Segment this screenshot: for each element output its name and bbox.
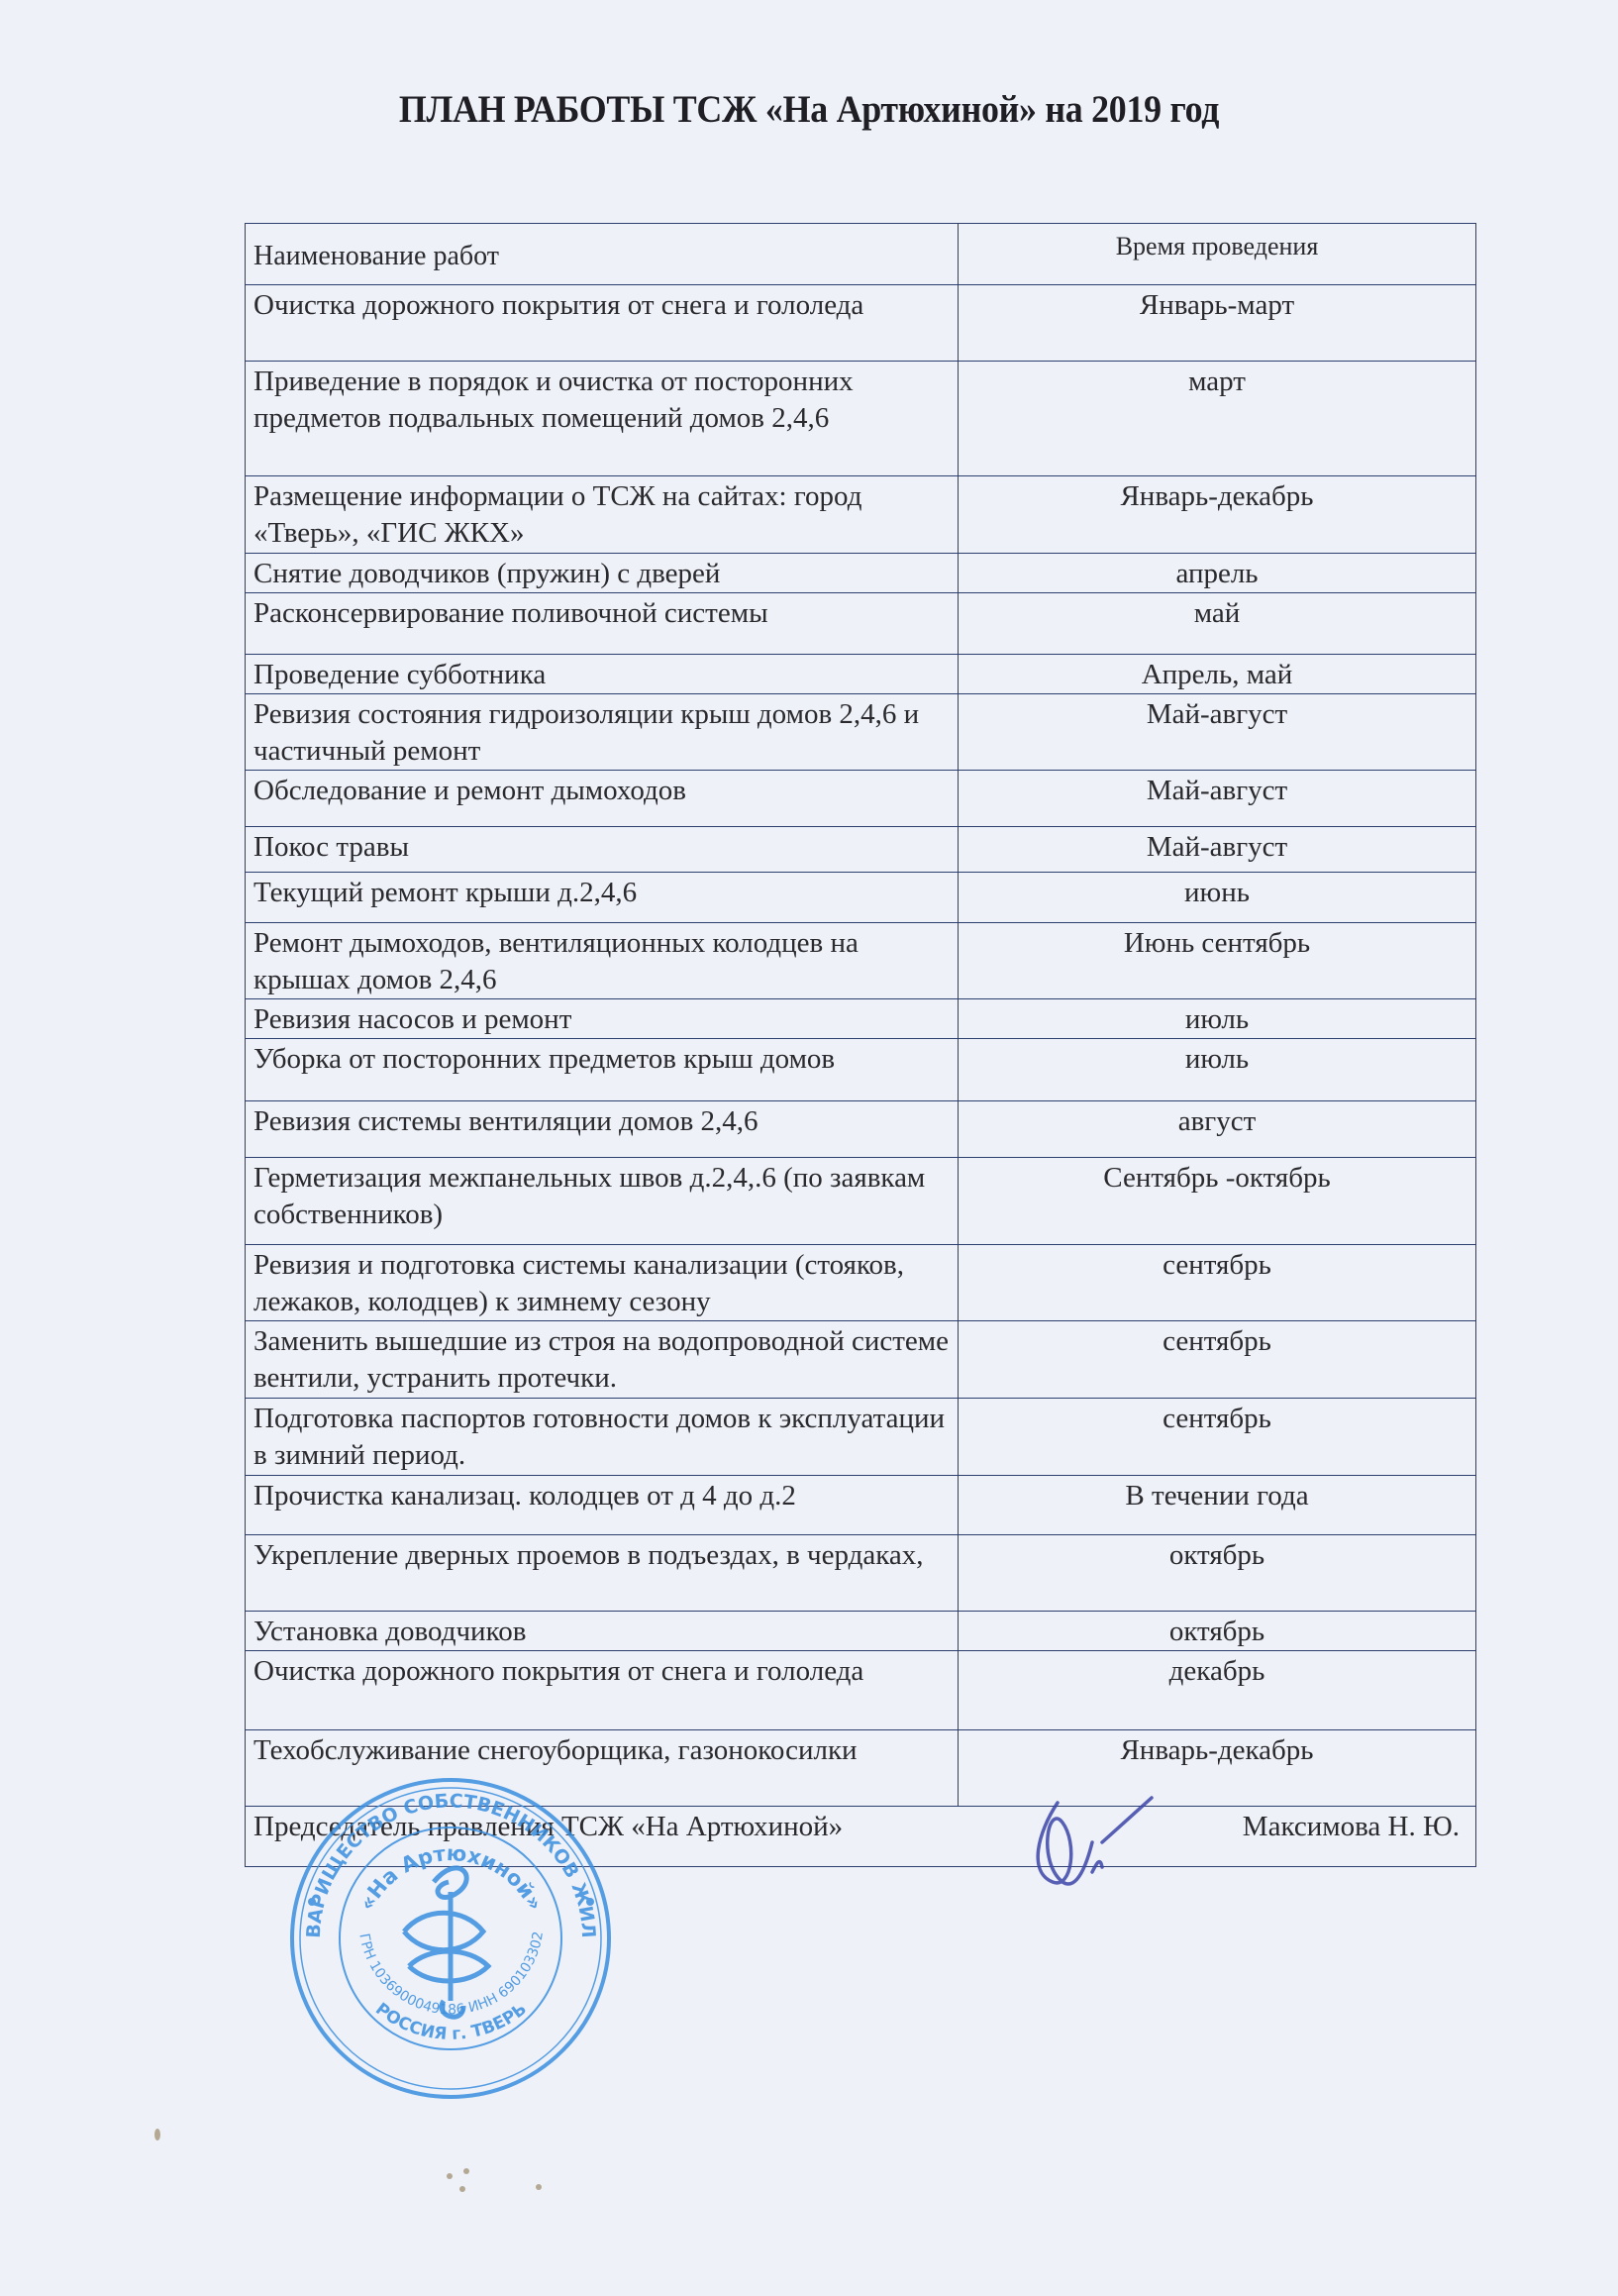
paper-specks	[0, 0, 1618, 2296]
